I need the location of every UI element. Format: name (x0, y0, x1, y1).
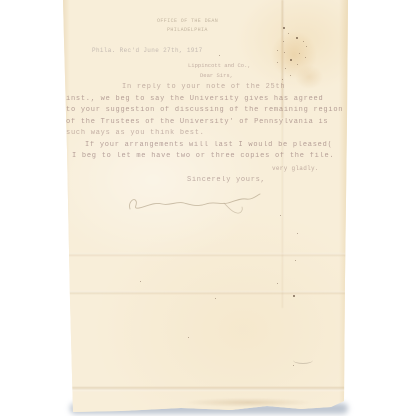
body-line: to your suggestion of discussing of the … (66, 106, 343, 114)
dust-speck (288, 33, 289, 34)
dust-speck (296, 37, 298, 39)
dust-speck (306, 46, 307, 47)
body-line: In reply to your note of the 25th (122, 83, 285, 91)
closing-line: Sincerely yours, (187, 176, 265, 184)
dust-speck (305, 57, 306, 58)
salutation-line: Dear Sirs, (200, 72, 233, 79)
letterhead-line2: PHILADELPHIA (167, 27, 208, 33)
dust-speck (219, 55, 220, 56)
foxing-stain-secondary (289, 60, 329, 94)
body-line: If your arrangements will last I would b… (85, 141, 333, 149)
dust-speck (299, 53, 300, 54)
dust-speck (188, 337, 189, 338)
dust-speck (285, 68, 286, 69)
dust-speck (277, 62, 278, 63)
fold-crease-horizontal-3 (63, 387, 348, 391)
scan-background: OFFICE OF THE DEAN PHILADELPHIA Phila. R… (0, 0, 416, 416)
bottom-edge-wrinkle (183, 398, 313, 407)
fold-crease-horizontal-1 (63, 253, 348, 256)
fold-crease-horizontal-2 (63, 291, 348, 294)
body-tail-line: very gladly. (272, 165, 319, 172)
dust-speck (293, 295, 295, 297)
dust-speck (140, 281, 141, 282)
dust-speck (297, 64, 298, 65)
dust-speck (277, 50, 278, 51)
dust-speck (290, 59, 292, 61)
dust-speck (215, 298, 216, 299)
body-line: inst., we beg to say the University give… (66, 95, 323, 103)
dust-speck (280, 215, 281, 216)
signature-scribble (124, 189, 266, 217)
dust-speck (283, 41, 284, 42)
addressee-line: Lippincott and Co., (188, 62, 251, 69)
letterhead-line1: OFFICE OF THE DEAN (157, 18, 218, 24)
dust-speck (283, 27, 285, 29)
dust-speck (297, 233, 298, 234)
body-line: such ways as you think best. (66, 129, 205, 137)
date-line: Phila. Rec'd June 27th, 1917 (92, 47, 203, 54)
dust-speck (295, 260, 296, 261)
dust-speck (290, 75, 291, 76)
body-line: of the Trustees of the University' of Pe… (66, 118, 328, 126)
letter-paper: OFFICE OF THE DEAN PHILADELPHIA Phila. R… (63, 0, 348, 413)
dust-speck (303, 41, 304, 42)
dust-speck (282, 79, 283, 80)
dust-speck (293, 365, 294, 366)
body-line: I beg to let me have two or three copies… (72, 152, 334, 160)
faint-pencil-mark (293, 356, 313, 364)
dust-speck (277, 283, 278, 284)
dust-speck (284, 52, 285, 53)
